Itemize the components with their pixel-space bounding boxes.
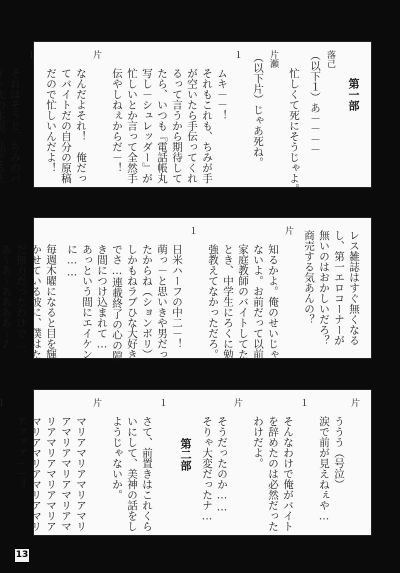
- dialogue-line: なんだよそれ！ 俺だっ: [73, 68, 88, 181]
- dialogue-line: 日米ハーフの中二－！: [169, 244, 184, 352]
- dialogue-line: てバイトだの自分の原稿: [58, 68, 73, 181]
- dialogue-line: レス雑誌はすぐ無くなる: [346, 230, 361, 352]
- dialogue-line: かせている彼に、僕はた: [28, 244, 43, 352]
- dialogue-line: （以下１）あ－－－－: [307, 50, 322, 181]
- speaker-label: 片: [346, 398, 361, 529]
- dialogue-entry: 忙しくて死にそうじゃよ。: [286, 50, 301, 181]
- dialogue-line: そんなわけで俺がバイト: [280, 416, 295, 529]
- speaker-label: １: [0, 398, 7, 529]
- dialogue-line: 萌っ－と思いきや男だっ: [154, 244, 169, 352]
- dialogue-line: 毎週木曜になると目を輝: [43, 244, 58, 352]
- dialogue-line: だ無力だったわけで…: [13, 244, 28, 352]
- dialogue-line: だので忙しいんだよ！: [43, 68, 58, 181]
- dialogue-line: あ～あ～ああああ～♪: [0, 244, 13, 352]
- dialogue-line: たからね（ションボリ）: [139, 244, 154, 352]
- dialogue-entry: 毎週木曜になると目を輝 かせている彼に、僕はた だ無力だったわけで… あ～あ～あ…: [0, 226, 58, 352]
- dialogue-entry: 落己 （以下１）あ－－－－: [307, 50, 337, 181]
- dialogue-line: さて、前置きはこれくら: [139, 416, 154, 529]
- dialogue-line: あっという間にエイケン: [79, 244, 94, 352]
- dialogue-line: ないよ。お前だって以前: [250, 244, 265, 352]
- dialogue-line: 忙しいとか言って全然手: [124, 68, 139, 181]
- dialogue-entry: 片瀬 （以下片）じゃあ死ね。: [250, 50, 280, 181]
- panel-3-columns: 片 ううう（号泣） 涙で前が見えねぇや… １ そんなわけで俺がバイト を辞めたの…: [40, 398, 361, 529]
- dialogue-line: 無いのはおかしいだろ？: [316, 230, 331, 352]
- dialogue-line: が空いたら手伝ってくれ: [184, 68, 199, 181]
- dialogue-line: そりゃ大変だったナ…: [199, 416, 214, 529]
- dialogue-line: でさ…連載終了の心の隙: [109, 244, 124, 352]
- dialogue-entry: 片 なんだよそれ！ 俺だっ てバイトだの自分の原稿 だので忙しいんだよ！: [43, 50, 103, 181]
- dialogue-line: それもこれも、ちみが手: [199, 68, 214, 181]
- speaker-label: １: [154, 398, 169, 529]
- dialogue-line: そうだったのか……: [214, 416, 229, 529]
- speaker-label: 片: [280, 226, 295, 352]
- speaker-label: 片: [88, 50, 103, 181]
- dialogue-line: いにして、美神の話をし: [124, 416, 139, 529]
- dialogue-line: ようじゃないか。: [109, 416, 124, 529]
- dialogue-entry: 片 ううう（号泣） 涙で前が見えねぇや…: [316, 398, 361, 529]
- dialogue-line: 商売する気あんの？: [301, 230, 316, 352]
- dialogue-line: たら、いつも『電話帳丸: [154, 68, 169, 181]
- dialogue-line: し、第一エロコーナーが: [331, 230, 346, 352]
- dialogue-line: ううう（号泣）: [331, 416, 346, 529]
- dialogue-line: き間につけ込まれて…: [94, 244, 109, 352]
- dialogue-entry: １ さて、前置きはこれくら いにして、美神の話をし ようじゃないか。: [109, 398, 169, 529]
- dialogue-line: アマリアマリアマリアマ: [58, 416, 73, 529]
- speaker-label: 片瀬: [265, 50, 280, 181]
- speaker-label: １: [295, 398, 310, 529]
- dialogue-line: ムキ－－！: [214, 68, 229, 181]
- speaker-label: 片: [229, 398, 244, 529]
- text-panel-1: 第一部 落己 （以下１）あ－－－－ 忙しくて死にそうじゃよ。 片瀬 （以下片）じ…: [34, 42, 371, 187]
- text-panel-3: 片 ううう（号泣） 涙で前が見えねぇや… １ そんなわけで俺がバイト を辞めたの…: [34, 390, 371, 535]
- dialogue-entry: 片 マリアマリアマリアマリ アマリアマリアマリアマ リアマリアマリアマリア マリ…: [13, 398, 103, 529]
- dialogue-line: 伝やしねぇからだ－！: [109, 68, 124, 181]
- dialogue-entry: １ それはそうと、ちみのバ イト先の本屋、品ぞろえ 悪すぎ！文庫版のＢＪ先 生は…: [0, 50, 37, 181]
- dialogue-line: リアマリアマリアマリア: [43, 416, 58, 529]
- dialogue-line: 強教えてなかっただろ。: [205, 244, 220, 352]
- speaker-label: 落己: [322, 50, 337, 181]
- panel-1-columns: 第一部 落己 （以下１）あ－－－－ 忙しくて死にそうじゃよ。 片瀬 （以下片）じ…: [40, 50, 361, 181]
- dialogue-entry: １ マリアは確かにいいキャ: [0, 398, 7, 529]
- dialogue-entry: １ ムキ－－！ それもこれも、ちみが手 が空いたら手伝ってくれ るって言うから期…: [109, 50, 244, 181]
- dialogue-line: を辞めたのは必然だった: [265, 416, 280, 529]
- page-number: 13: [14, 548, 30, 563]
- dialogue-line: 写し－シュレッダー』が: [139, 68, 154, 181]
- dialogue-line: マリアマリアマリアマリ: [28, 416, 43, 529]
- dialogue-entry: レス雑誌はすぐ無くなる し、第一エロコーナーが 無いのはおかしいだろ？ 商売する…: [301, 226, 361, 352]
- dialogue-line: しかもねラブひな大好き: [124, 244, 139, 352]
- text-panel-2: レス雑誌はすぐ無くなる し、第一エロコーナーが 無いのはおかしいだろ？ 商売する…: [34, 218, 371, 358]
- speaker-label: 片: [88, 398, 103, 529]
- dialogue-line: マリアマリアマリアマリ: [73, 416, 88, 529]
- dialogue-entry: 片 そうだったのか…… そりゃ大変だったナ…: [199, 398, 244, 529]
- dialogue-line: それはそうと、ちみのバ: [7, 68, 22, 181]
- dialogue-entry: 片 知るかよ。俺のせいじゃ ないよ。お前だって以前 家庭教師のバイトしてた とき…: [205, 226, 295, 352]
- dialogue-line: イト先の本屋、品ぞろえ: [0, 68, 7, 181]
- dialogue-line: るって言うから期待して: [169, 68, 184, 181]
- dialogue-line: 家庭教師のバイトしてた: [235, 244, 250, 352]
- dialogue-line: に……: [64, 244, 79, 352]
- dialogue-line: （以下片）じゃあ死ね。: [250, 52, 265, 181]
- dialogue-entry: １ そんなわけで俺がバイト を辞めたのは必然だった わけだよ。: [250, 398, 310, 529]
- speaker-label: １: [229, 50, 244, 181]
- dialogue-line: 知るかよ。俺のせいじゃ: [265, 244, 280, 352]
- speaker-label: １: [22, 50, 37, 181]
- dialogue-entry: １ 日米ハーフの中二－！ 萌っ－と思いきや男だっ たからね（ションボリ） しかも…: [64, 226, 199, 352]
- section-heading: 第一部: [345, 50, 361, 181]
- dialogue-line: アァァァ－－！: [13, 416, 28, 529]
- dialogue-line: わけだよ。: [250, 416, 265, 529]
- dialogue-line: とき、中学生にろくに勉: [220, 244, 235, 352]
- dialogue-line: 忙しくて死にそうじゃよ。: [286, 68, 301, 181]
- panel-2-columns: レス雑誌はすぐ無くなる し、第一エロコーナーが 無いのはおかしいだろ？ 商売する…: [40, 226, 361, 352]
- speaker-label: １: [184, 226, 199, 352]
- dialogue-line: 涙で前が見えねぇや…: [316, 416, 331, 529]
- section-heading: 第二部: [177, 398, 193, 529]
